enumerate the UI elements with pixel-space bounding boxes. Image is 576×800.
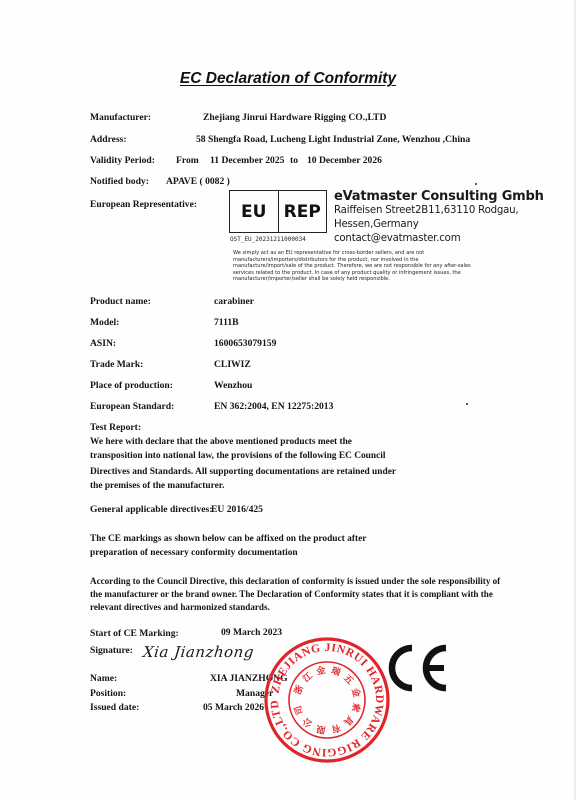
council-line: the manufacturer or the brand owner. The… [90, 588, 500, 601]
svg-text:五: 五 [341, 673, 355, 687]
european-standard-value: EN 362:2004, EN 12275:2013 [214, 401, 333, 412]
document-page: EC Declaration of Conformity Manufacture… [0, 0, 576, 800]
declaration-paragraph: We here with declare that the above ment… [90, 435, 396, 493]
svg-text:限: 限 [315, 723, 326, 737]
start-ce-marking-label: Start of CE Marking: [90, 628, 179, 639]
eu-rep-company: eVatmaster Consulting Gmbh [334, 189, 544, 204]
manufacturer-label: Manufacturer: [90, 112, 151, 123]
ce-note-line: preparation of necessary conformity docu… [90, 546, 366, 560]
company-stamp: ZHEJIANG JINRUI HARDWARE RIGGING CO.,LTD… [263, 636, 391, 764]
svg-text:有: 有 [330, 722, 342, 736]
svg-text:金: 金 [349, 687, 363, 699]
signature: Xia Jianzhong [142, 643, 255, 661]
trade-mark-value: CLIWIZ [214, 359, 251, 370]
asin-value: 1600653079159 [214, 338, 276, 349]
trade-mark-label: Trade Mark: [90, 359, 143, 370]
document-title: EC Declaration of Conformity [0, 70, 576, 88]
validity-label: Validity Period: [90, 155, 155, 166]
declaration-line: transposition into national law, the pro… [90, 449, 396, 463]
eu-rep-logo-rep: REP [278, 191, 327, 232]
eu-rep-address-line1: Raiffeisen Street2B11,63110 Rodgau, [334, 205, 518, 216]
signature-label: Signature: [90, 645, 133, 656]
declaration-line: the premises of the manufacturer. [90, 479, 396, 493]
scan-speck [466, 403, 468, 405]
council-paragraph: According to the Council Directive, this… [90, 575, 500, 614]
address-value: 58 Shengfa Road, Lucheng Light Industria… [196, 134, 470, 145]
council-line: relevant directives and harmonized stand… [90, 601, 500, 614]
directives-value: EU 2016/425 [211, 504, 263, 515]
eu-rep-code: OST_EU_20231211000034 [230, 236, 306, 243]
european-standard-label: European Standard: [90, 401, 174, 412]
declaration-line: Directives and Standards. All supporting… [90, 465, 396, 479]
product-name-value: carabiner [214, 296, 254, 307]
ce-mark-icon [384, 644, 452, 692]
stamp-outer-text: ZHEJIANG JINRUI HARDWARE RIGGING CO.,LTD [269, 642, 385, 758]
place-of-production-label: Place of production: [90, 380, 173, 391]
svg-text:金: 金 [315, 664, 326, 678]
issued-date-value: 05 March 2026 [203, 702, 264, 713]
validity-to-date: 10 December 2026 [307, 155, 382, 166]
directives-label: General applicable directives: [90, 504, 212, 515]
product-name-label: Product name: [90, 296, 151, 307]
svg-text:ZHEJIANG JINRUI HARDWARE RIGGI: ZHEJIANG JINRUI HARDWARE RIGGING CO.,LTD [269, 642, 385, 758]
svg-text:公: 公 [300, 715, 315, 730]
model-label: Model: [90, 317, 119, 328]
model-value: 7111B [214, 317, 239, 328]
eu-rep-email: contact@evatmaster.com [334, 233, 460, 244]
validity-to-label: to [290, 155, 298, 166]
address-label: Address: [90, 134, 127, 145]
council-line: According to the Council Directive, this… [90, 575, 500, 588]
eu-rep-logo-eu: EU [230, 191, 278, 232]
ce-note-paragraph: The CE markings as shown below can be af… [90, 532, 366, 560]
eu-rep-disclaimer: We simply act as an EU representative fo… [233, 250, 478, 283]
svg-text:瑞: 瑞 [330, 664, 342, 678]
ce-note-line: The CE markings as shown below can be af… [90, 532, 366, 546]
position-label: Position: [90, 688, 126, 699]
svg-text:浙: 浙 [292, 683, 306, 696]
scan-speck [475, 183, 477, 185]
scan-speck [468, 594, 470, 596]
place-of-production-value: Wenzhou [214, 380, 252, 391]
notified-body-value: APAVE ( 0082 ) [166, 176, 230, 187]
manufacturer-value: Zhejiang Jinrui Hardware Rigging CO.,LTD [203, 112, 386, 123]
european-rep-label: European Representative: [90, 199, 197, 210]
validity-from-label: From [176, 155, 199, 166]
name-label: Name: [90, 673, 117, 684]
svg-text:索: 索 [349, 702, 363, 714]
notified-body-label: Notified body: [90, 176, 149, 187]
declaration-line: We here with declare that the above ment… [90, 435, 396, 449]
validity-from-date: 11 December 2025 [210, 155, 284, 166]
test-report-label: Test Report: [90, 422, 141, 433]
issued-date-label: Issued date: [90, 702, 139, 713]
eu-rep-logo: EU REP [229, 190, 327, 233]
asin-label: ASIN: [90, 338, 116, 349]
svg-text:司: 司 [292, 704, 306, 717]
eu-rep-address-line2: Hessen,Germany [334, 219, 419, 230]
